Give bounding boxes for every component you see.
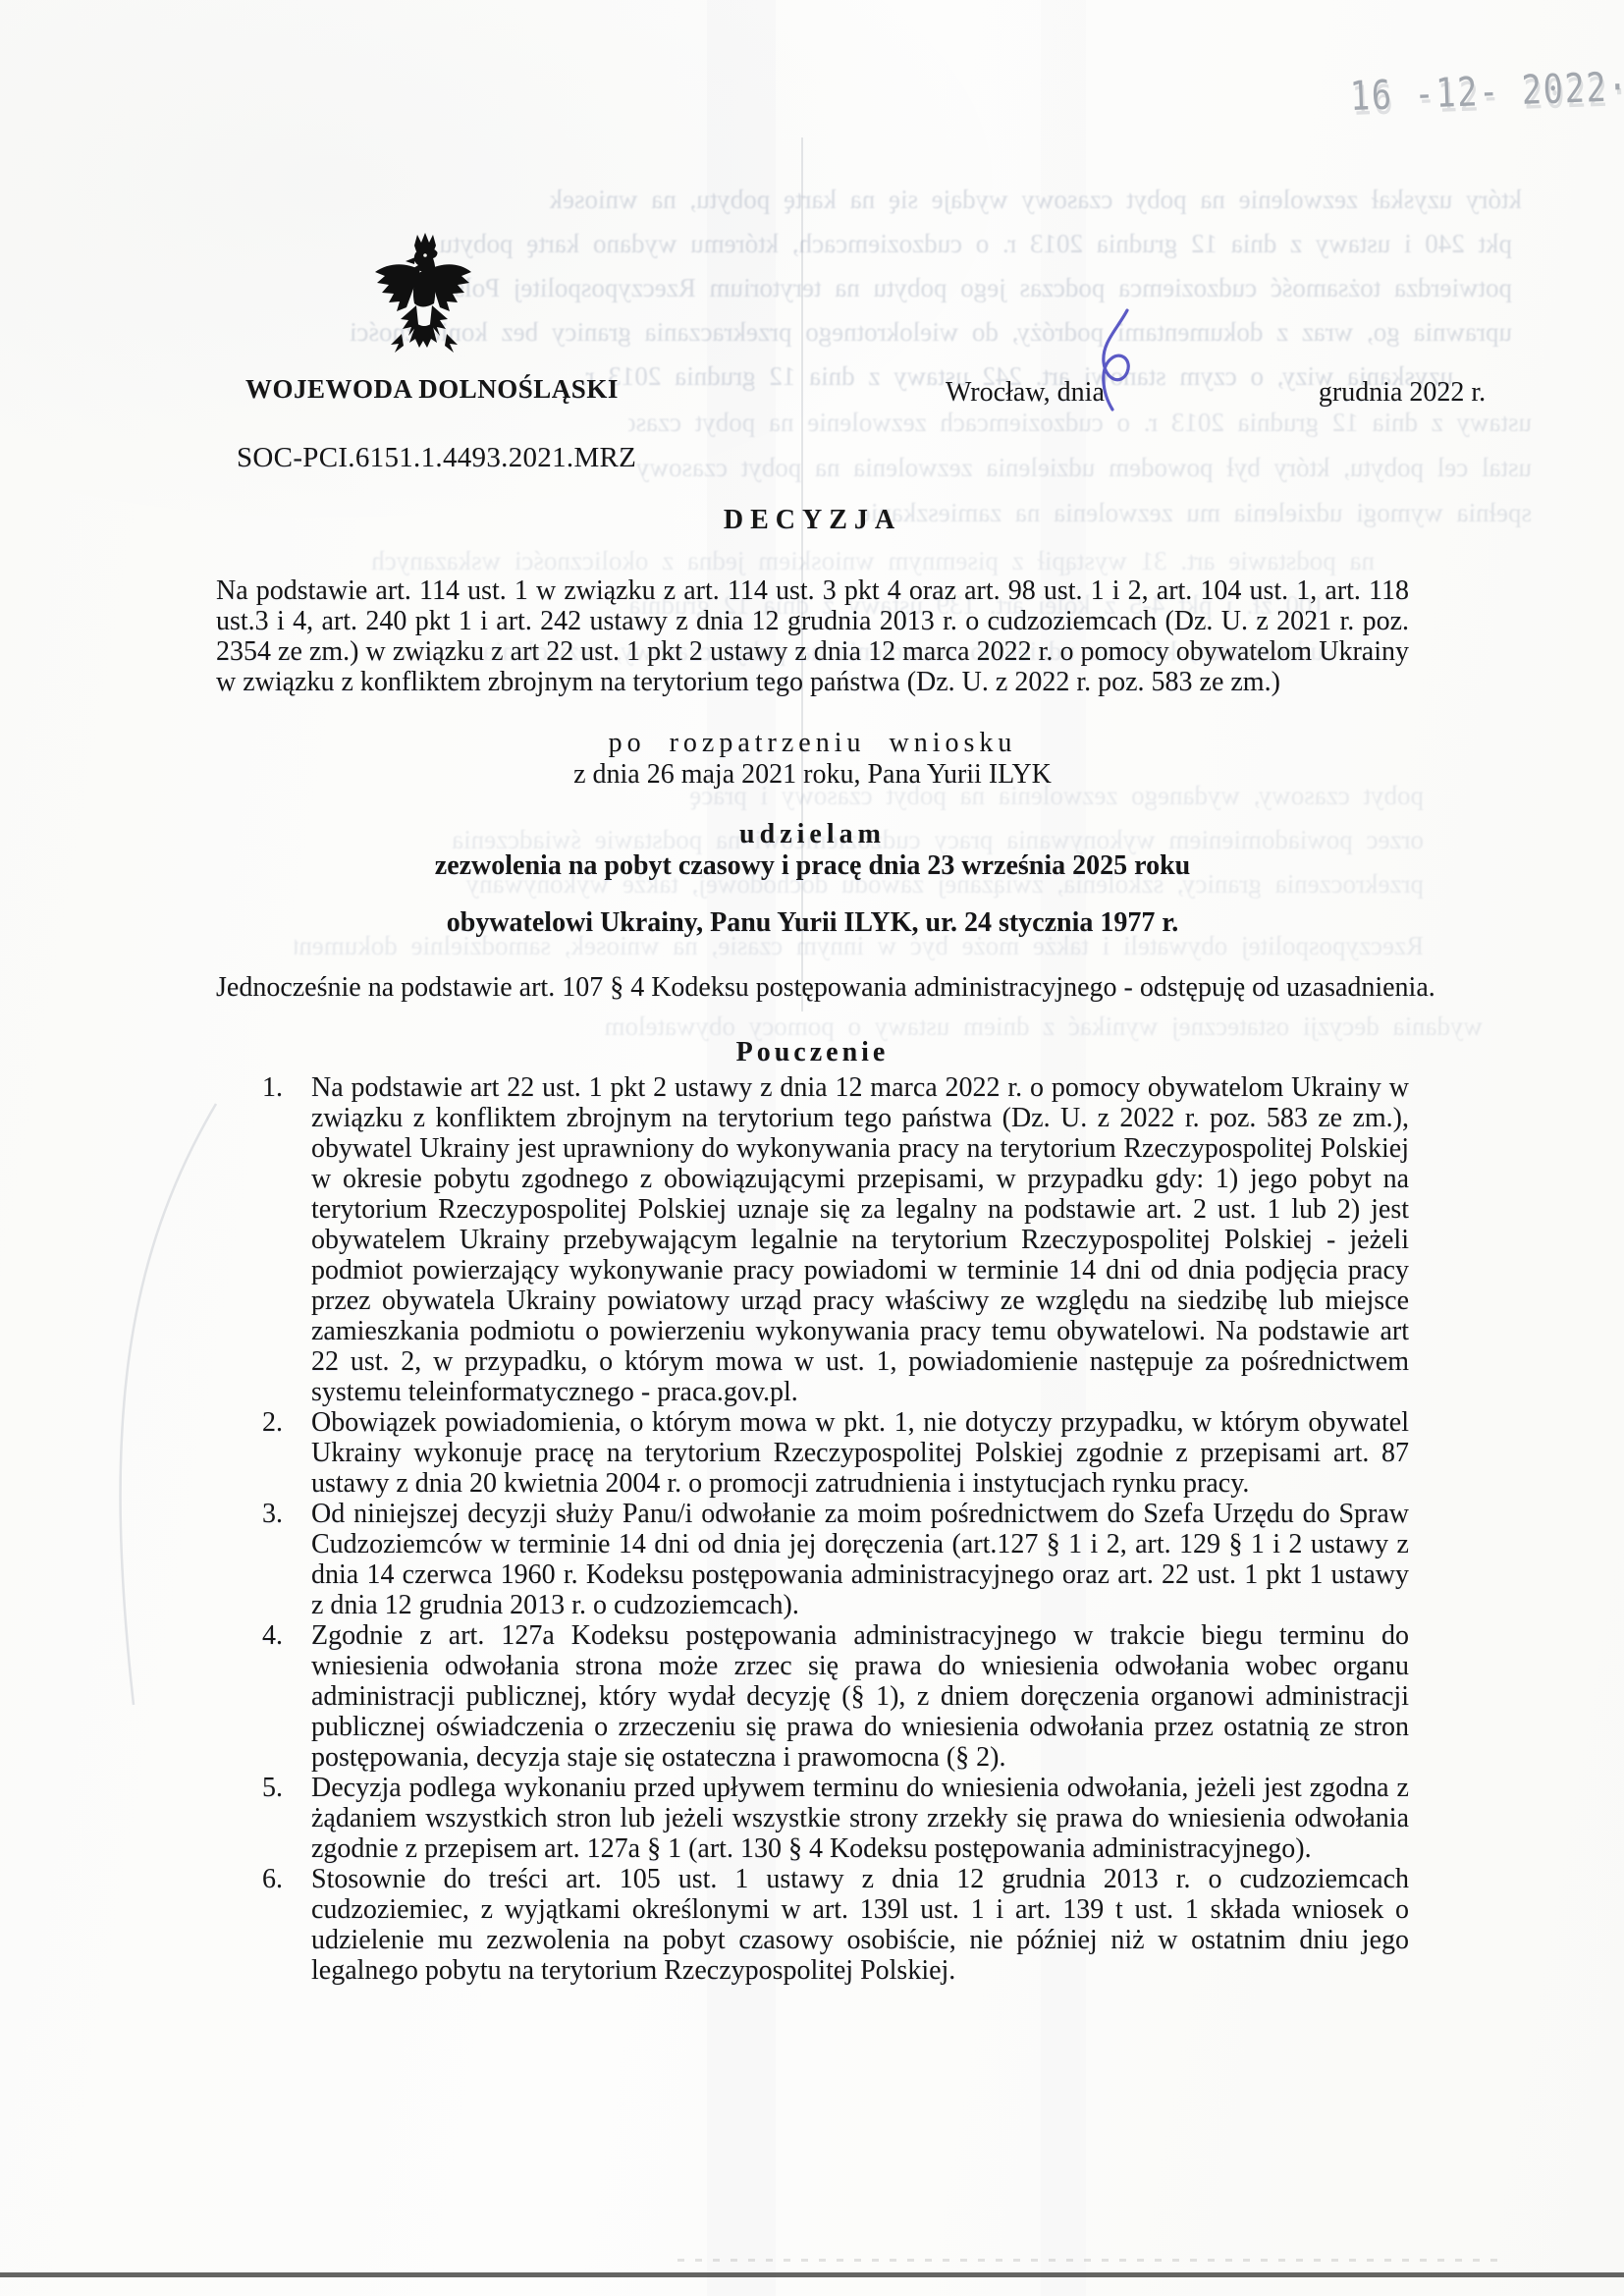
instruction-heading: Pouczenie — [216, 1037, 1409, 1068]
bleedthrough-text: uprawnia go, wraz z dokumentami podróży,… — [147, 317, 1512, 348]
instruction-item: 5. Decyzja podlega wykonaniu przed upływ… — [216, 1773, 1409, 1864]
scan-artifact — [677, 2259, 1502, 2262]
bleedthrough-text: potwierdza tożsamość cudzoziemca podczas… — [147, 273, 1512, 303]
bleedthrough-text: ustawy z dnia 12 grudnia 2013 r. o cudzo… — [628, 408, 1532, 438]
item-text: Decyzja podlega wykonaniu przed upływem … — [311, 1773, 1409, 1864]
instruction-item: 4. Zgodnie z art. 127a Kodeksu postępowa… — [216, 1620, 1409, 1773]
place-date-prefix: Wrocław, dnia — [946, 377, 1105, 408]
scan-page-edge — [0, 2272, 1624, 2277]
item-number: 6. — [262, 1864, 283, 1894]
bleedthrough-text: ustal cel pobytu, który był powodem udzi… — [628, 453, 1532, 483]
bleedthrough-text: pkt 240 i ustawy z dnia 12 grudnia 2013 … — [147, 229, 1512, 259]
application-date-line: z dnia 26 maja 2021 roku, Pana Yurii ILY… — [216, 759, 1409, 791]
instruction-item: 6. Stosownie do treści art. 105 ust. 1 u… — [216, 1864, 1409, 1986]
issuing-authority: WOJEWODA DOLNOŚLĄSKI — [245, 374, 619, 405]
instruction-list: 1. Na podstawie art 22 ust. 1 pkt 2 usta… — [216, 1072, 1409, 1986]
item-text: Zgodnie z art. 127a Kodeksu postępowania… — [311, 1620, 1409, 1773]
bleedthrough-text: który uzyskał zezwolenie na pobyt czasow… — [452, 185, 1522, 215]
justification-waiver-line: Jednocześnie na podstawie art. 107 § 4 K… — [216, 972, 1409, 1004]
beneficiary-line: obywatelowi Ukrainy, Panu Yurii ILYK, ur… — [216, 907, 1409, 939]
instruction-item: 3. Od niniejszej decyzji służy Panu/i od… — [216, 1499, 1409, 1620]
item-text: Od niniejszej decyzji służy Panu/i odwoł… — [311, 1499, 1409, 1620]
after-consideration-line: po rozpatrzeniu wniosku — [216, 728, 1409, 759]
instruction-item: 1. Na podstawie art 22 ust. 1 pkt 2 usta… — [216, 1072, 1409, 1407]
grant-object-line: zezwolenia na pobyt czasowy i pracę dnia… — [216, 850, 1409, 882]
item-number: 3. — [262, 1499, 283, 1529]
item-number: 1. — [262, 1072, 283, 1103]
case-number: SOC-PCI.6151.1.4493.2021.MRZ — [237, 442, 636, 474]
item-number: 5. — [262, 1773, 283, 1803]
date-received-stamp: 16 -12- 2022· — [1349, 63, 1624, 120]
item-text: Stosownie do treści art. 105 ust. 1 usta… — [311, 1864, 1409, 1986]
bleedthrough-text: na podstawie art. 31 wystąpił z pisemnym… — [295, 546, 1375, 576]
item-text: Obowiązek powiadomienia, o którym mowa w… — [311, 1407, 1409, 1499]
polish-eagle-emblem-icon — [371, 232, 473, 361]
item-number: 2. — [262, 1407, 283, 1438]
handwritten-day-mark — [1092, 307, 1143, 411]
document-page: który uzyskał zezwolenie na pobyt czasow… — [0, 0, 1624, 2296]
item-text: Na podstawie art 22 ust. 1 pkt 2 ustawy … — [311, 1072, 1409, 1407]
place-date-suffix: grudnia 2022 r. — [1319, 377, 1486, 408]
item-number: 4. — [262, 1620, 283, 1651]
place-and-date: Wrocław, dniagrudnia 2022 r. — [946, 377, 1486, 409]
instruction-item: 2. Obowiązek powiadomienia, o którym mow… — [216, 1407, 1409, 1499]
legal-basis-paragraph: Na podstawie art. 114 ust. 1 w związku z… — [216, 575, 1409, 697]
document-title: DECYZJA — [216, 505, 1409, 536]
grant-verb-line: udzielam — [216, 819, 1409, 850]
